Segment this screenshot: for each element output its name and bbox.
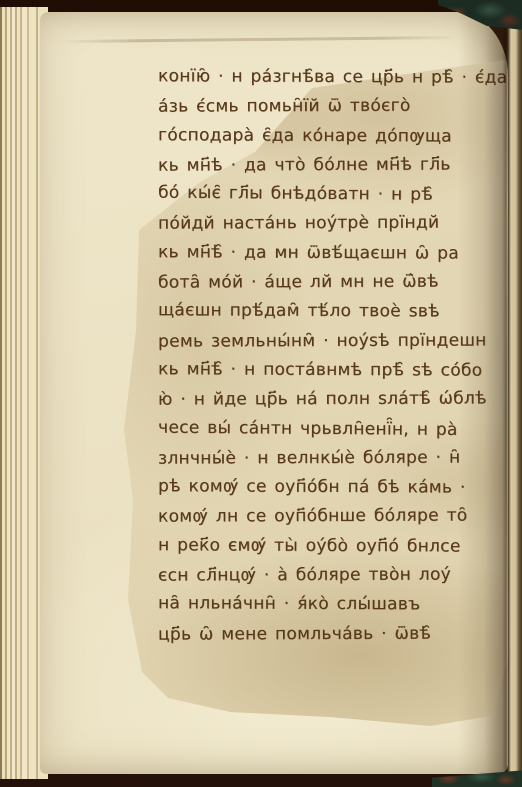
manuscript-book-photo: конїю̑ · н ра́згнѣ̑ва се цр҃ь н рѣ̑ · є́… bbox=[0, 0, 522, 787]
manuscript-line-17: н рек҃о ємѹ́ ты̀ оу́бо̀ оуп҃о́ бнлсе bbox=[158, 531, 512, 562]
manuscript-line-12: ю̀ · н йде цр҃ь на́ полн ѕла́тѣ̑ ѡ́блѣ bbox=[158, 385, 512, 416]
manuscript-line-19: на̑ нльна́чнн̑ · я́ко̀ слы́шавъ bbox=[158, 590, 512, 621]
manuscript-line-2: а́зь є́смь помьн̑їй ѿ тво́єго̀ bbox=[158, 92, 512, 123]
manuscript-line-15: рѣ комѹ́ се оуп҃о́бн па́ бѣ ка́мь · bbox=[158, 472, 512, 503]
manuscript-line-6: по́йдй наста́нь ноу́трѐ прїндй bbox=[158, 209, 512, 240]
manuscript-text: конїю̑ · н ра́згнѣ̑ва се цр҃ь н рѣ̑ · є́… bbox=[158, 63, 512, 649]
manuscript-line-1: конїю̑ · н ра́згнѣ̑ва се цр҃ь н рѣ̑ · є́… bbox=[158, 62, 512, 93]
manuscript-line-4: кь мн҃ѣ · да что̀ бо́лне мн҃ѣ гл҃ь bbox=[158, 150, 512, 181]
manuscript-line-18: єсн сл҃нцѹ́ · а̀ бо́ляре тво̀н лоу́ bbox=[158, 560, 512, 591]
manuscript-line-8: бота̑ мо́й · а́ще лй мн не ѿ̀вѣ bbox=[158, 267, 512, 298]
manuscript-line-10: ремь земльны́нм̑ · ноу́ѕѣ прїндешн bbox=[158, 326, 512, 357]
manuscript-line-9: ща́єшн прѣ́дам̑ тѣ́ло твоѐ ѕвѣ bbox=[158, 297, 512, 328]
manuscript-line-20: цр҃ь ѡ̑ мене помльча́вь · ѿвѣ̑ bbox=[158, 619, 512, 650]
manuscript-line-5: бо́ кы́є̑ гл҃ы бнѣдо́ватн · н рѣ̑ bbox=[158, 179, 512, 211]
manuscript-line-14: злнчны́ѐ · н велнкы́ѐ бо́ляре · н̑ bbox=[158, 443, 512, 474]
manuscript-line-13: чесе вы́ са́нтн чрьвлн̑енї̑н, н ра̀ bbox=[158, 413, 512, 445]
manuscript-line-3: го́сподара̀ є̑да ко́наре до́пѹща bbox=[158, 121, 512, 152]
manuscript-line-16: комѹ́ лн се оуп҃о́бнше бо́ляре то̑ bbox=[158, 502, 512, 533]
manuscript-line-11: кь мн҃ѣ̑ · н поста́внмѣ прѣ̑ ѕѣ со́бо bbox=[158, 355, 512, 386]
manuscript-line-7: кь мн҃ѣ̑ · да мн ѿвѣ́щаєшн ѡ̑ ра bbox=[158, 238, 512, 269]
